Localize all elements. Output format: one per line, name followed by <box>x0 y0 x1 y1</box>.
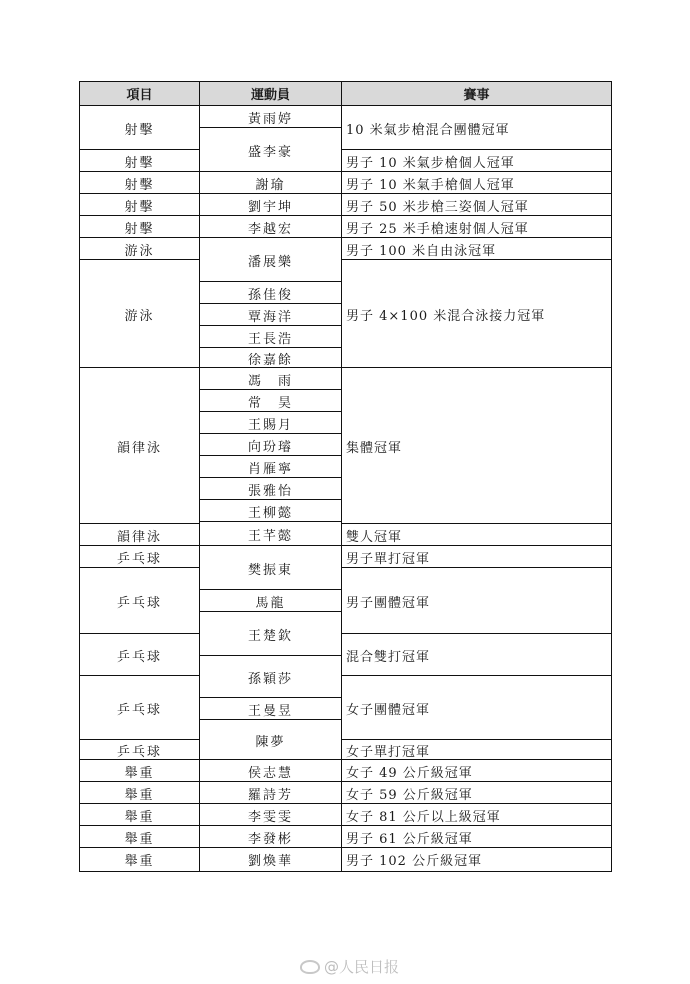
athlete-cell-label: 向玢璿 <box>248 436 293 455</box>
sport-cell-label: 射擊 <box>124 196 154 215</box>
event-cell-label: 男子 50 米步槍三姿個人冠軍 <box>346 196 529 215</box>
sport-cell: 舉重 <box>79 847 200 872</box>
athlete-cell-label: 覃海洋 <box>248 306 293 325</box>
event-cell-label: 女子單打冠軍 <box>346 741 430 760</box>
event-cell: 男子 4×100 米混合泳接力冠軍 <box>341 259 612 370</box>
sport-cell-label: 乒乓球 <box>117 548 162 567</box>
sport-cell-label: 射擊 <box>124 119 154 138</box>
champions-table: 項目 運動員 賽事 射擊射擊射擊射擊射擊游泳游泳韻律泳韻律泳乒乓球乒乓球乒乓球乒… <box>80 82 612 872</box>
athlete-cell-label: 張雅怡 <box>248 480 293 499</box>
event-cell: 男子 102 公斤級冠軍 <box>341 847 612 872</box>
weibo-icon <box>300 960 320 974</box>
sport-cell-label: 舉重 <box>124 850 154 869</box>
event-cell-label: 男子 10 米氣步槍個人冠軍 <box>346 152 515 171</box>
athlete-cell-label: 謝瑜 <box>255 174 285 193</box>
athlete-cell-label: 陳夢 <box>255 731 285 750</box>
event-cell: 女子團體冠軍 <box>341 675 612 742</box>
athlete-cell-label: 王曼昱 <box>248 700 293 719</box>
sport-cell: 射擊 <box>79 105 200 152</box>
athlete-cell: 劉煥華 <box>199 847 342 872</box>
athlete-cell-label: 李發彬 <box>248 828 293 847</box>
event-cell: 男子團體冠軍 <box>341 567 612 636</box>
athlete-cell: 王楚欽 <box>199 611 342 658</box>
event-cell: 10 米氣步槍混合團體冠軍 <box>341 105 612 152</box>
athlete-cell-label: 李雯雯 <box>248 806 293 825</box>
sport-cell: 乒乓球 <box>79 567 200 636</box>
sport-cell-label: 乒乓球 <box>117 646 162 665</box>
athlete-cell-label: 侯志慧 <box>248 762 293 781</box>
athlete-cell-label: 肖雁寧 <box>248 458 293 477</box>
event-cell-label: 10 米氣步槍混合團體冠軍 <box>346 119 510 138</box>
athlete-cell-label: 盛李豪 <box>248 141 293 160</box>
sport-cell-label: 韻律泳 <box>117 437 162 456</box>
sport-cell-label: 舉重 <box>124 762 154 781</box>
sport-cell-label: 舉重 <box>124 806 154 825</box>
event-cell-label: 女子 81 公斤以上級冠軍 <box>346 806 501 825</box>
header-athlete: 運動員 <box>199 81 342 106</box>
sport-cell-label: 游泳 <box>124 305 154 324</box>
athlete-cell-label: 王芊懿 <box>248 525 293 544</box>
event-cell-label: 男子 100 米自由泳冠軍 <box>346 240 496 259</box>
event-cell: 集體冠軍 <box>341 367 612 526</box>
athlete-cell-label: 王楚欽 <box>248 625 293 644</box>
sport-cell-label: 游泳 <box>124 240 154 259</box>
athlete-cell-label: 孫穎莎 <box>248 668 293 687</box>
sport-cell: 乒乓球 <box>79 675 200 742</box>
athlete-cell-label: 馮 雨 <box>248 370 293 389</box>
sport-cell-label: 舉重 <box>124 784 154 803</box>
event-cell: 混合雙打冠軍 <box>341 633 612 678</box>
event-cell-label: 女子 49 公斤級冠軍 <box>346 762 473 781</box>
athlete-cell-label: 潘展樂 <box>248 251 293 270</box>
sport-cell: 乒乓球 <box>79 633 200 678</box>
athlete-cell-label: 劉煥華 <box>248 850 293 869</box>
sport-cell-label: 韻律泳 <box>117 526 162 545</box>
event-cell-label: 男子 102 公斤級冠軍 <box>346 850 482 869</box>
athlete-cell-label: 羅詩芳 <box>248 784 293 803</box>
sport-cell: 韻律泳 <box>79 367 200 526</box>
event-cell-label: 男子 4×100 米混合泳接力冠軍 <box>346 305 545 324</box>
sport-cell-label: 乒乓球 <box>117 741 162 760</box>
athlete-cell-label: 黃雨婷 <box>248 108 293 127</box>
athlete-cell-label: 王長浩 <box>248 328 293 347</box>
sport-cell-label: 射擊 <box>124 152 154 171</box>
athlete-cell-label: 王賜月 <box>248 414 293 433</box>
event-cell-label: 男子單打冠軍 <box>346 548 430 567</box>
sport-cell-label: 乒乓球 <box>117 699 162 718</box>
athlete-cell: 陳夢 <box>199 719 342 762</box>
header-event: 賽事 <box>341 81 612 106</box>
sport-cell-label: 乒乓球 <box>117 592 162 611</box>
watermark: @人民日报 <box>300 956 399 977</box>
athlete-cell-label: 劉宇坤 <box>248 196 293 215</box>
event-cell-label: 女子團體冠軍 <box>346 699 430 718</box>
athlete-cell: 王芊懿 <box>199 521 342 548</box>
athlete-cell: 孫穎莎 <box>199 655 342 700</box>
athlete-cell-label: 樊振東 <box>248 559 293 578</box>
event-cell-label: 男子 25 米手槍速射個人冠軍 <box>346 218 529 237</box>
event-cell-label: 混合雙打冠軍 <box>346 646 430 665</box>
athlete-cell: 潘展樂 <box>199 237 342 284</box>
sport-cell-label: 舉重 <box>124 828 154 847</box>
athlete-cell: 樊振東 <box>199 545 342 592</box>
event-cell-label: 男子團體冠軍 <box>346 592 430 611</box>
header-sport: 項目 <box>79 81 200 106</box>
athlete-cell-label: 孫佳俊 <box>248 284 293 303</box>
sport-cell: 游泳 <box>79 259 200 370</box>
sport-cell-label: 射擊 <box>124 174 154 193</box>
event-cell-label: 女子 59 公斤級冠軍 <box>346 784 473 803</box>
sport-cell-label: 射擊 <box>124 218 154 237</box>
event-cell-label: 男子 61 公斤級冠軍 <box>346 828 473 847</box>
event-cell-label: 男子 10 米氣手槍個人冠軍 <box>346 174 515 193</box>
athlete-cell-label: 馬龍 <box>255 592 285 611</box>
athlete-cell-label: 王柳懿 <box>248 502 293 521</box>
event-cell-label: 雙人冠軍 <box>346 526 402 545</box>
athlete-cell: 盛李豪 <box>199 127 342 174</box>
athlete-cell-label: 徐嘉餘 <box>248 349 293 368</box>
watermark-text: @人民日报 <box>324 956 399 977</box>
athlete-cell-label: 李越宏 <box>248 218 293 237</box>
event-cell-label: 集體冠軍 <box>346 437 402 456</box>
athlete-cell-label: 常 昊 <box>248 392 293 411</box>
